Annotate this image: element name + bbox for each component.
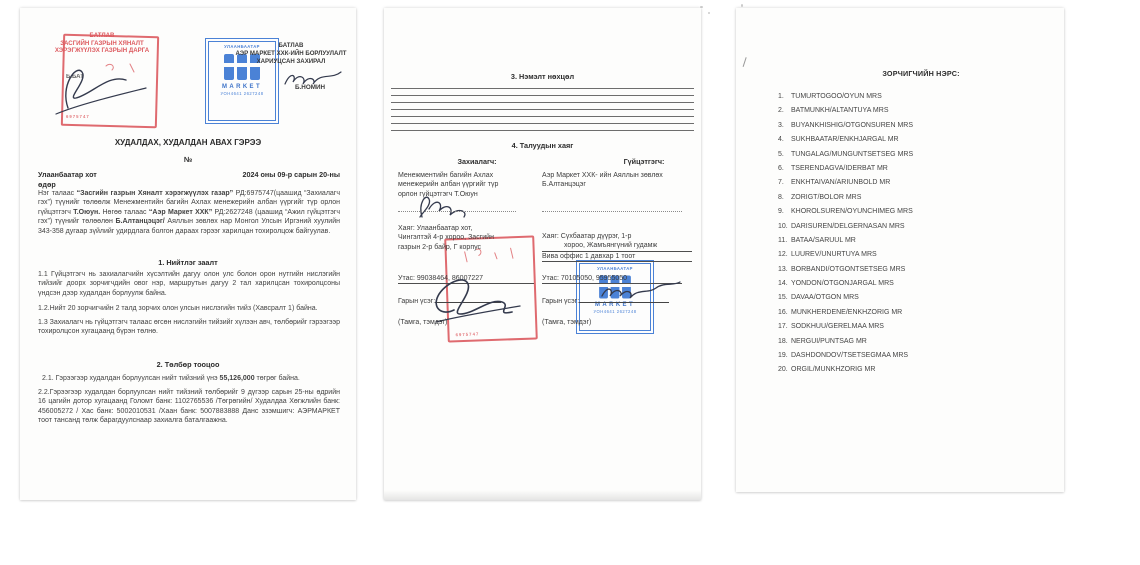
passenger-list-heading: ЗОРЧИГЧИЙН НЭРС: bbox=[882, 69, 959, 78]
passenger-row: 7.ENKHTAIVAN/ARIUNBOLD MR bbox=[778, 179, 1056, 186]
passenger-number: 1. bbox=[778, 93, 791, 100]
contractor-address-line3: Вива оффис 1 давхар 1 тоот bbox=[542, 252, 692, 262]
section3-heading: 3. Нэмэлт нөхцөл bbox=[384, 72, 701, 81]
passenger-name: BUYANKHISHIG/OTGONSUREN MRS bbox=[791, 122, 913, 129]
passenger-name: ENKHTAIVAN/ARIUNBOLD MR bbox=[791, 179, 890, 186]
passenger-row: 20.ORGIL/MUNKHZORIG MR bbox=[778, 366, 1056, 373]
contract-title: ХУДАЛДАХ, ХУДАЛДАН АВАХ ГЭРЭЭ bbox=[20, 138, 356, 147]
contractor-stamp-label: (Тамга, тэмдэг) bbox=[542, 318, 591, 327]
passenger-row: 1.TUMURTOGOO/OYUN MRS bbox=[778, 93, 1056, 100]
passenger-row: 8.ZORIGT/BOLOR MRS bbox=[778, 194, 1056, 201]
red-seal-code: 6975747 bbox=[455, 331, 479, 337]
scan-speck bbox=[708, 12, 710, 14]
passenger-row: 10.DARISUREN/DELGERNASAN MRS bbox=[778, 223, 1056, 230]
scan-speck bbox=[700, 6, 703, 8]
contractor-address-line2: хороо, Жамъянгүний гудамж bbox=[542, 241, 692, 251]
blue-stamp-batlav: БАТЛАВ bbox=[229, 42, 353, 50]
passenger-row: 18.NERGUI/PUNTSAG MR bbox=[778, 338, 1056, 345]
passenger-row: 3.BUYANKHISHIG/OTGONSUREN MRS bbox=[778, 122, 1056, 129]
contract-number-label: № bbox=[20, 155, 356, 164]
passenger-row: 5.TUNGALAG/MUNGUNTSETSEG MRS bbox=[778, 151, 1056, 158]
passenger-row: 13.BORBANDI/OTGONTSETSEG MRS bbox=[778, 266, 1056, 273]
passenger-number: 12. bbox=[778, 251, 791, 258]
passenger-name: TSERENDAGVA/IDERBAT MR bbox=[791, 165, 888, 172]
red-approval-stamp: БАТЛАВ ЗАСГИЙН ГАЗРЫН ХЯНАЛТ ХЭРЭГЖҮҮЛЭХ… bbox=[32, 26, 172, 136]
passenger-number: 11. bbox=[778, 237, 791, 244]
passenger-number: 3. bbox=[778, 122, 791, 129]
passenger-name: ORGIL/MUNKHZORIG MR bbox=[791, 366, 875, 373]
section1-heading: 1. Нийтлэг заалт bbox=[20, 258, 356, 267]
total-price-value: 55,126,000 bbox=[220, 375, 255, 382]
intro-paragraph: Нэг талаас “Засгийн газрын Хяналт хэрэгж… bbox=[38, 189, 340, 236]
blank-line bbox=[391, 88, 694, 89]
passenger-number: 6. bbox=[778, 165, 791, 172]
clause-2-2: 2.2.Гэрээгээр худалдан борлуулсан нийт т… bbox=[38, 388, 340, 426]
passenger-number: 4. bbox=[778, 136, 791, 143]
passenger-name: BORBANDI/OTGONTSETSEG MRS bbox=[791, 266, 905, 273]
red-stamp-batlav: БАТЛАВ bbox=[32, 32, 172, 40]
blank-line bbox=[391, 116, 694, 117]
passenger-name: BATMUNKH/ALTANTUYA MRS bbox=[791, 107, 889, 114]
contractor-address-line1: Хаяг: Сүхбаатар дүүрэг, 1-р bbox=[542, 232, 692, 241]
clause-1-1: 1.1 Гүйцэтгэгч нь захиалагчийн хүсэлтийн… bbox=[38, 270, 340, 298]
contract-page-2: 3. Нэмэлт нөхцөл 4. Талуудын хаяг 697574… bbox=[384, 8, 701, 500]
scan-speck bbox=[741, 4, 743, 7]
contractor-signature-dotted-line bbox=[542, 211, 682, 212]
intro-seg: Нөгөө талаас bbox=[100, 209, 149, 216]
contractor-representative: Аэр Маркет ХХК- ийн Аяллын зөвлөх Б.Алта… bbox=[542, 171, 692, 190]
passenger-row: 9.KHOROLSUREN/OYUNCHIMEG MRS bbox=[778, 208, 1056, 215]
passenger-list: 1.TUMURTOGOO/OYUN MRS2.BATMUNKH/ALTANTUY… bbox=[778, 93, 1056, 381]
passenger-number: 5. bbox=[778, 151, 791, 158]
passenger-number: 2. bbox=[778, 107, 791, 114]
passenger-row: 11.BATAA/SARUUL MR bbox=[778, 237, 1056, 244]
passenger-row: 4.SUKHBAATAR/ENKHJARGAL MR bbox=[778, 136, 1056, 143]
buyer-initial-signature-icon bbox=[412, 191, 482, 221]
passenger-number: 8. bbox=[778, 194, 791, 201]
passenger-row: 16.MUNKHERDENE/ENKHZORIG MR bbox=[778, 309, 1056, 316]
blue-seal-code: УОН4641 2627248 bbox=[580, 309, 650, 314]
clause-1-2: 1.2.Нийт 20 зорчигчийн 2 талд зорчих оло… bbox=[38, 304, 340, 313]
red-stamp-text: БАТЛАВ ЗАСГИЙН ГАЗРЫН ХЯНАЛТ ХЭРЭГЖҮҮЛЭХ… bbox=[32, 32, 172, 55]
blue-stamp-code: УОН4641 2627248 bbox=[209, 91, 275, 96]
passenger-row: 2.BATMUNKH/ALTANTUYA MRS bbox=[778, 107, 1056, 114]
scan-artifact bbox=[743, 57, 753, 69]
passenger-number: 9. bbox=[778, 208, 791, 215]
blue-stamp-brand: MARKET bbox=[209, 84, 275, 90]
passenger-number: 15. bbox=[778, 294, 791, 301]
blue-seal-city: УЛААНБААТАР bbox=[580, 266, 650, 271]
clause-2-1-text: 2.1. Гэрээгээр худалдан борлуулсан нийт … bbox=[42, 375, 220, 382]
buyer-stamp-label: (Тамга, тэмдэг) bbox=[398, 318, 447, 327]
contractor-address: Хаяг: Сүхбаатар дүүрэг, 1-р хороо, Жамъя… bbox=[542, 232, 692, 262]
passenger-name: SODKHUU/GERELMAA MRS bbox=[791, 323, 884, 330]
passenger-number: 14. bbox=[778, 280, 791, 287]
blue-stamp-org: АЭР МАРКЕТ ХХК-ИЙН БОРЛУУЛАЛТ bbox=[229, 50, 353, 58]
city-and-day-label: Улаанбаатар хот өдөр bbox=[38, 170, 97, 189]
passenger-name: DASHDONDOV/TSETSEGMAA MRS bbox=[791, 352, 908, 359]
red-stamp-title: ХЭРЭГЖҮҮЛЭХ ГАЗРЫН ДАРГА bbox=[32, 47, 172, 55]
blank-line bbox=[391, 95, 694, 96]
passenger-number: 19. bbox=[778, 352, 791, 359]
passenger-name: SUKHBAATAR/ENKHJARGAL MR bbox=[791, 136, 899, 143]
blank-line bbox=[391, 130, 694, 131]
passenger-number: 10. bbox=[778, 223, 791, 230]
clause-2-1-tail: төгрөг байна. bbox=[255, 375, 300, 382]
intro-buyer-rep: Т.Оюун. bbox=[73, 209, 100, 216]
passenger-name: MUNKHERDENE/ENKHZORIG MR bbox=[791, 309, 902, 316]
blank-line bbox=[391, 123, 694, 124]
signature-label-text: Гарын үсэг: bbox=[542, 298, 579, 305]
blank-line bbox=[391, 102, 694, 103]
passenger-name: BATAA/SARUUL MR bbox=[791, 237, 856, 244]
clause-1-3: 1.3 Захиалагч нь гүйцэтгэгч талаас өгсөн… bbox=[38, 318, 340, 337]
nomin-signature-icon bbox=[281, 64, 347, 90]
section4-heading: 4. Талуудын хаяг bbox=[384, 141, 701, 150]
passenger-number: 20. bbox=[778, 366, 791, 373]
buyer-signature-dotted-line bbox=[398, 211, 516, 212]
contractor-role-label: Гүйцэтгэгч: bbox=[594, 157, 694, 166]
passenger-list-page: ЗОРЧИГЧИЙН НЭРС: 1.TUMURTOGOO/OYUN MRS2.… bbox=[736, 8, 1064, 492]
passenger-number: 18. bbox=[778, 338, 791, 345]
passenger-name: DAVAA/OTGON MRS bbox=[791, 294, 859, 301]
passenger-name: NERGUI/PUNTSAG MR bbox=[791, 338, 867, 345]
buyer-role-label: Захиалагч: bbox=[422, 157, 532, 166]
passenger-row: 12.LUUREV/UNURTUYA MRS bbox=[778, 251, 1056, 258]
director-signature-icon bbox=[46, 56, 158, 122]
blue-stamp-text: БАТЛАВ АЭР МАРКЕТ ХХК-ИЙН БОРЛУУЛАЛТ ХАР… bbox=[229, 42, 353, 65]
passenger-name: TUNGALAG/MUNGUNTSETSEG MRS bbox=[791, 151, 913, 158]
blank-line bbox=[391, 109, 694, 110]
passenger-name: LUUREV/UNURTUYA MRS bbox=[791, 251, 877, 258]
passenger-name: TUMURTOGOO/OYUN MRS bbox=[791, 93, 882, 100]
red-stamp-code: 6975747 bbox=[66, 114, 90, 119]
passenger-name: YONDON/OTGONJARGAL MRS bbox=[791, 280, 894, 287]
passenger-row: 15.DAVAA/OTGON MRS bbox=[778, 294, 1056, 301]
contractor-signature-icon bbox=[594, 278, 684, 304]
blue-approval-stamp: УЛААНБААТАР MARKET УОН4641 2627248 БАТЛА… bbox=[197, 30, 353, 132]
passenger-name: KHOROLSUREN/OYUNCHIMEG MRS bbox=[791, 208, 913, 215]
passenger-number: 17. bbox=[778, 323, 791, 330]
intro-seller-org: “Аэр Маркет ХХК” bbox=[149, 209, 212, 216]
passenger-name: DARISUREN/DELGERNASAN MRS bbox=[791, 223, 905, 230]
section2-heading: 2. Төлбөр тооцоо bbox=[20, 360, 356, 369]
passenger-row: 6.TSERENDAGVA/IDERBAT MR bbox=[778, 165, 1056, 172]
passenger-row: 14.YONDON/OTGONJARGAL MRS bbox=[778, 280, 1056, 287]
intro-seg: Нэг талаас bbox=[38, 190, 77, 197]
passenger-number: 13. bbox=[778, 266, 791, 273]
passenger-row: 17.SODKHUU/GERELMAA MRS bbox=[778, 323, 1056, 330]
intro-seller-rep: Б.Алтанцэцэг/ bbox=[116, 218, 165, 225]
passenger-name: ZORIGT/BOLOR MRS bbox=[791, 194, 861, 201]
contract-date: 2024 оны 09-р сарын 20-ны bbox=[243, 170, 340, 179]
contract-page-1: БАТЛАВ ЗАСГИЙН ГАЗРЫН ХЯНАЛТ ХЭРЭГЖҮҮЛЭХ… bbox=[20, 8, 356, 500]
clause-2-1: 2.1. Гэрээгээр худалдан борлуулсан нийт … bbox=[42, 374, 340, 383]
passenger-number: 7. bbox=[778, 179, 791, 186]
passenger-number: 16. bbox=[778, 309, 791, 316]
intro-buyer-org: “Засгийн газрын Хяналт хэрэгжүүлэх газар… bbox=[77, 190, 234, 197]
passenger-row: 19.DASHDONDOV/TSETSEGMAA MRS bbox=[778, 352, 1056, 359]
buyer-address: Хаяг: Улаанбаатар хот, Чингэлтэй 4-р хор… bbox=[398, 224, 528, 252]
red-stamp-org: ЗАСГИЙН ГАЗРЫН ХЯНАЛТ bbox=[32, 40, 172, 48]
